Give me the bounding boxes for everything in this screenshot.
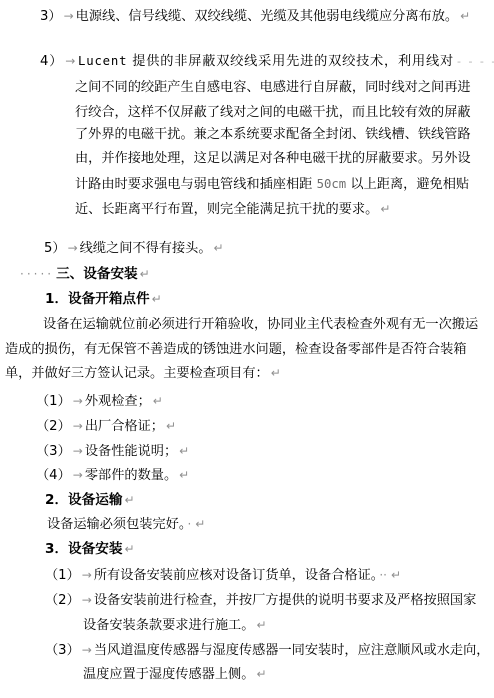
para-unpacking-line-2: 造成的损伤，有无保管不善造成的锈蚀进水问题，检查设备零部件是否符合装箱 bbox=[5, 341, 467, 358]
text-run: 了外界的电磁干扰。兼之本系统要求配备全封闭、铁线槽、铁线管路 bbox=[75, 127, 471, 142]
format-mark: → bbox=[71, 468, 85, 482]
latin-text: Lucent bbox=[78, 54, 127, 68]
text-run: 近、长距离平行布置，则完全能满足抗干扰的要求。 bbox=[75, 202, 378, 217]
text-run: （3） bbox=[36, 444, 71, 459]
heading-text: 2．设备运输 bbox=[45, 492, 122, 508]
text-run: 以上距离，避免相贴 bbox=[346, 177, 469, 192]
text-run: 外观检查； bbox=[85, 394, 151, 409]
item-3: 3）→电源线、信号线缆、双绞线缆、光缆及其他弱电线缆应分离布放。↵ bbox=[40, 8, 472, 25]
format-mark: ↵ bbox=[177, 468, 191, 482]
check-item-2: （2）→出厂合格证；↵ bbox=[36, 418, 178, 435]
text-run: 当风道温度传感器与湿度传感器一同安装时，应注意顺风或水走向， bbox=[94, 643, 490, 658]
format-mark: ↵ bbox=[269, 366, 283, 380]
format-mark: ↵ bbox=[193, 517, 207, 531]
text-run: 提供的非屏蔽双绞线采用先进的双绞技术，利用线对 bbox=[127, 54, 454, 69]
heading-installation: 3．设备安装↵ bbox=[45, 541, 137, 558]
format-mark: ·· bbox=[377, 568, 389, 582]
format-mark: ↵ bbox=[254, 618, 268, 632]
text-run: 线缆之间不得有接头。 bbox=[80, 241, 212, 256]
document-page: 3）→电源线、信号线缆、双绞线缆、光缆及其他弱电线缆应分离布放。↵4）→Luce… bbox=[0, 0, 494, 698]
format-mark: → bbox=[62, 9, 76, 23]
text-run: （4） bbox=[36, 468, 71, 483]
install-item-1: （1）→所有设备安装前应核对设备订货单，设备合格证。··↵ bbox=[45, 567, 403, 584]
text-run: （1） bbox=[45, 568, 80, 583]
install-item-3-line-2: 温度应置于湿度传感器上侧。↵ bbox=[83, 666, 269, 683]
format-mark: → bbox=[80, 593, 94, 607]
format-mark: ↵ bbox=[458, 9, 472, 23]
para-unpacking-line-3: 单，并做好三方签认记录。主要检查项目有：↵ bbox=[5, 365, 283, 382]
text-run: 设备在运输就位前必须进行开箱验收，协同业主代表检查外观有无一次搬运 bbox=[43, 317, 478, 332]
format-mark: → bbox=[80, 568, 94, 582]
text-run: 3） bbox=[40, 9, 62, 24]
format-mark: ↵ bbox=[151, 394, 165, 408]
text-run: 设备运输必须包装完好。 bbox=[47, 517, 185, 532]
item-5: 5）→线缆之间不得有接头。↵ bbox=[44, 240, 226, 257]
text-run: 零部件的数量。 bbox=[85, 468, 177, 483]
check-item-3: （3）→设备性能说明；↵ bbox=[36, 443, 191, 460]
format-mark: ↵ bbox=[254, 667, 268, 681]
format-mark: → bbox=[63, 54, 78, 68]
format-mark: → bbox=[71, 394, 85, 408]
format-mark: ↵ bbox=[122, 493, 136, 507]
text-run: 设备性能说明； bbox=[85, 444, 177, 459]
text-run: 设备安装前进行检查，并按厂方提供的说明书要求及严格按照国家 bbox=[94, 593, 476, 608]
heading-text: 3．设备安装 bbox=[45, 541, 122, 557]
text-run: （2） bbox=[45, 593, 80, 608]
heading-section-3: ·····三、设备安装↵ bbox=[18, 266, 152, 283]
item-4-line-5: 由，并作接地处理，这足以满足对各种电磁干扰的屏蔽要求。另外设 bbox=[75, 150, 471, 167]
text-run: 电源线、信号线缆、双绞线缆、光缆及其他弱电线缆应分离布放。 bbox=[76, 9, 458, 24]
item-4-line-7: 近、长距离平行布置，则完全能满足抗干扰的要求。↵ bbox=[75, 201, 392, 218]
item-4-line-1: 4）→Lucent 提供的非屏蔽双绞线采用先进的双绞技术，利用线对- - - -… bbox=[40, 53, 494, 70]
heading-transport: 2．设备运输↵ bbox=[45, 492, 137, 509]
text-run: （3） bbox=[45, 643, 80, 658]
format-mark: ↵ bbox=[122, 542, 136, 556]
heading-text: 1．设备开箱点件 bbox=[45, 291, 150, 307]
format-mark: ····· bbox=[18, 267, 56, 281]
text-run: （1） bbox=[36, 394, 71, 409]
heading-unpacking: 1．设备开箱点件↵ bbox=[45, 291, 164, 308]
text-run: 所有设备安装前应核对设备订货单，设备合格证。 bbox=[94, 568, 378, 583]
check-item-1: （1）→外观检查；↵ bbox=[36, 393, 165, 410]
format-mark: ↵ bbox=[212, 241, 226, 255]
text-run: 造成的损伤，有无保管不善造成的锈蚀进水问题，检查设备零部件是否符合装箱 bbox=[5, 342, 467, 357]
heading-text: 三、设备安装 bbox=[56, 266, 138, 282]
install-item-3-line-1: （3）→当风道温度传感器与湿度传感器一同安装时，应注意顺风或水走向， bbox=[45, 642, 489, 659]
format-mark: ↵ bbox=[378, 202, 392, 216]
item-4-line-6: 计路由时要求强电与弱电管线和插座相距 50cm 以上距离，避免相贴 bbox=[75, 176, 469, 193]
text-run: 5） bbox=[44, 241, 66, 256]
text-run: 4） bbox=[40, 54, 63, 69]
format-mark: → bbox=[71, 419, 85, 433]
format-mark: → bbox=[80, 643, 94, 657]
format-mark: ↵ bbox=[150, 292, 164, 306]
item-4-line-2: 之间不同的绞距产生自感电容、电感进行自屏蔽，同时线对之间再进 bbox=[75, 79, 471, 96]
format-mark: ↵ bbox=[164, 419, 178, 433]
format-mark: ↵ bbox=[389, 568, 403, 582]
format-mark: → bbox=[71, 444, 85, 458]
install-item-2-line-1: （2）→设备安装前进行检查，并按厂方提供的说明书要求及严格按照国家 bbox=[45, 592, 476, 609]
item-4-line-4: 了外界的电磁干扰。兼之本系统要求配备全封闭、铁线槽、铁线管路 bbox=[75, 126, 471, 143]
format-mark: ↵ bbox=[177, 444, 191, 458]
para-unpacking-line-1: 设备在运输就位前必须进行开箱验收，协同业主代表检查外观有无一次搬运 bbox=[43, 316, 478, 333]
format-mark: → bbox=[66, 241, 80, 255]
dashed-underline-mark: - - - - - - bbox=[454, 55, 494, 68]
text-run: 由，并作接地处理，这足以满足对各种电磁干扰的屏蔽要求。另外设 bbox=[75, 151, 471, 166]
para-transport: 设备运输必须包装完好。·↵ bbox=[47, 516, 207, 533]
format-mark: ↵ bbox=[138, 267, 152, 281]
text-run: 单，并做好三方签认记录。主要检查项目有： bbox=[5, 366, 269, 381]
text-run: 之间不同的绞距产生自感电容、电感进行自屏蔽，同时线对之间再进 bbox=[75, 80, 471, 95]
text-run: 温度应置于湿度传感器上侧。 bbox=[83, 667, 254, 682]
check-item-4: （4）→零部件的数量。↵ bbox=[36, 467, 191, 484]
latin-text-dim: 50cm bbox=[317, 177, 347, 191]
item-4-line-3: 行绞合，这样不仅屏蔽了线对之间的电磁干扰，而且比较有效的屏蔽 bbox=[75, 104, 471, 121]
text-run: 出厂合格证； bbox=[85, 419, 164, 434]
text-run: 计路由时要求强电与弱电管线和插座相距 bbox=[75, 177, 317, 192]
text-run: 设备安装条款要求进行施工。 bbox=[83, 618, 254, 633]
text-run: 行绞合，这样不仅屏蔽了线对之间的电磁干扰，而且比较有效的屏蔽 bbox=[75, 105, 471, 120]
install-item-2-line-2: 设备安装条款要求进行施工。↵ bbox=[83, 617, 269, 634]
text-run: （2） bbox=[36, 419, 71, 434]
